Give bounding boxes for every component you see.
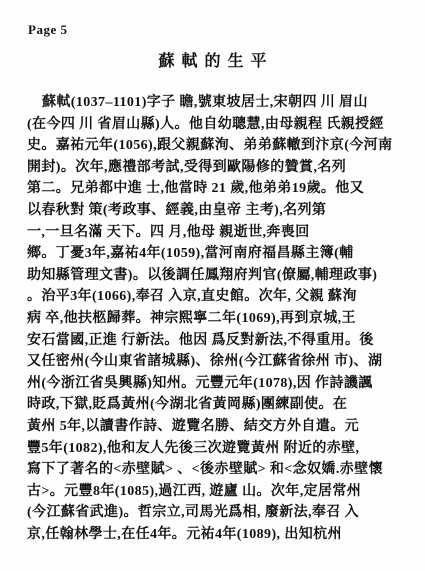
text-line: (今江蘇省武進)。哲宗立,司馬光爲相, 廢新法,奉召 入 [27,502,405,524]
text-line: 蘇軾(1037–1101)字子 瞻,號東坡居士,宋朝四 川 眉山 [27,92,405,114]
body-text: 蘇軾(1037–1101)字子 瞻,號東坡居士,宋朝四 川 眉山 (在今四 川 … [27,92,405,545]
text-line: 豐5年(1082),他和友人先後三次遊覽黃州 附近的赤壁, [27,438,405,460]
page-number-label: Page 5 [28,22,67,38]
text-line: 開封)。次年,應禮部考試,受得到歐陽修的贊賞,名列 [27,157,405,179]
text-line: 古>。元豐8年(1085),過江西, 遊廬 山。次年,定居常州 [27,481,405,503]
text-line: 寫下了著名的<赤壁賦> 、<後赤壁賦> 和<念奴嬌.赤壁懷 [27,459,405,481]
text-line: 黃州 5年,以讀書作詩、遊覽名勝、結交方外自遣。元 [27,416,405,438]
text-line: (在今四 川 省眉山縣)人。他自幼聰慧,由母親程 氏親授經 [27,114,405,136]
text-line: 病 卒,他扶柩歸葬。神宗熙寧二年(1069),再到京城,王 [27,308,405,330]
text-line: 第二。兄弟都中進 士,他當時 21 歲,他弟弟19歲。他又 [27,178,405,200]
document-page: Page 5 蘇軾的生平 蘇軾(1037–1101)字子 瞻,號東坡居士,宋朝四… [0,0,425,571]
text-line: 助知縣管理文書)。以後調任鳳翔府判官(僚屬,輔理政事) [27,265,405,287]
text-line: 。治平3年(1066),奉召 入京,直史館。次年, 父親 蘇洵 [27,286,405,308]
text-line: 京,任翰林學士,在任4年。元祐4年(1089), 出知杭州 [27,524,405,546]
text-line: 以春秋對 策(考政事、經義,由皇帝 主考),名列第 [27,200,405,222]
text-line: 又任密州(今山東省諸城縣)、徐州(今江蘇省徐州 市)、湖 [27,351,405,373]
document-title: 蘇軾的生平 [0,48,425,71]
text-line: 安石當國,正進 行新法。他因 爲反對新法,不得重用。後 [27,330,405,352]
text-line: 鄉。丁憂3年,嘉祐4年(1059),當河南府福昌縣主簿(輔 [27,243,405,265]
text-line: 史。嘉祐元年(1056),跟父親蘇洵、弟弟蘇轍到汴京(今河南 [27,135,405,157]
text-line: 時政,下獄,貶爲黃州(今湖北省黃岡縣)團練副使。在 [27,394,405,416]
text-line: 一,一旦名滿 天下。四 月,他母 親逝世,奔喪回 [27,222,405,244]
text-line: 州(今浙江省吳興縣)知州。元豐元年(1078),因 作詩譏諷 [27,373,405,395]
